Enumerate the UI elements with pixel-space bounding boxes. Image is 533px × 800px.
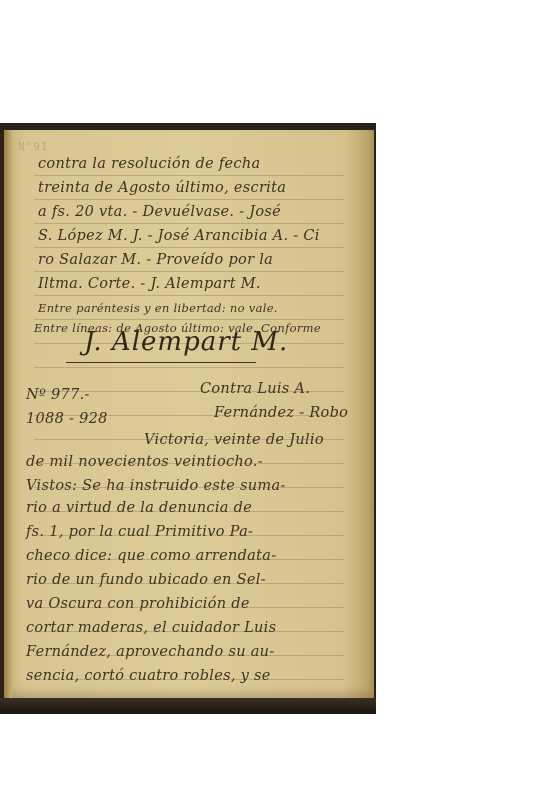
body-line: checo dice: que como arrendata- — [26, 544, 336, 568]
text-line: ro Salazar M. - Proveído por la — [38, 248, 348, 272]
body-line: de mil novecientos veintiocho.- — [26, 450, 336, 474]
page-edge — [4, 130, 12, 700]
body-line: rio de un fundo ubicado en Sel- — [26, 568, 336, 592]
body-line: Victoria, veinte de Julio — [144, 428, 454, 452]
signature: J. Alempart M. — [84, 327, 288, 357]
body-line: va Oscura con prohibición de — [26, 592, 336, 616]
text-line: Iltma. Corte. - J. Alempart M. — [38, 272, 348, 296]
case-title: Fernández - Robo — [214, 401, 354, 425]
text-line: S. López M. J. - José Arancibia A. - Ci — [38, 224, 348, 248]
photo-shadow — [0, 698, 376, 714]
body-line: rio a virtud de la denuncia de — [26, 496, 336, 520]
body-line: sencia, cortó cuatro robles, y se — [26, 664, 336, 688]
case-reference: 1088 - 928 — [26, 407, 146, 431]
text-line: contra la resolución de fecha — [38, 152, 348, 176]
body-line: Fernández, aprovechando su au- — [26, 640, 336, 664]
ledger-photo: N°91 contra la resolución de fecha trein… — [0, 123, 376, 714]
text-line: treinta de Agosto último, escrita — [38, 176, 348, 200]
body-line: cortar maderas, el cuidador Luis — [26, 616, 336, 640]
case-number: Nº 977.- — [26, 383, 146, 407]
body-line: Vistos: Se ha instruido este suma- — [26, 474, 336, 498]
case-title: Contra Luis A. — [200, 377, 350, 401]
text-line: a fs. 20 vta. - Devuélvase. - José — [38, 200, 348, 224]
ledger-page: N°91 contra la resolución de fecha trein… — [4, 130, 374, 700]
signature-underline — [66, 362, 256, 363]
body-line: fs. 1, por la cual Primitivo Pa- — [26, 520, 336, 544]
